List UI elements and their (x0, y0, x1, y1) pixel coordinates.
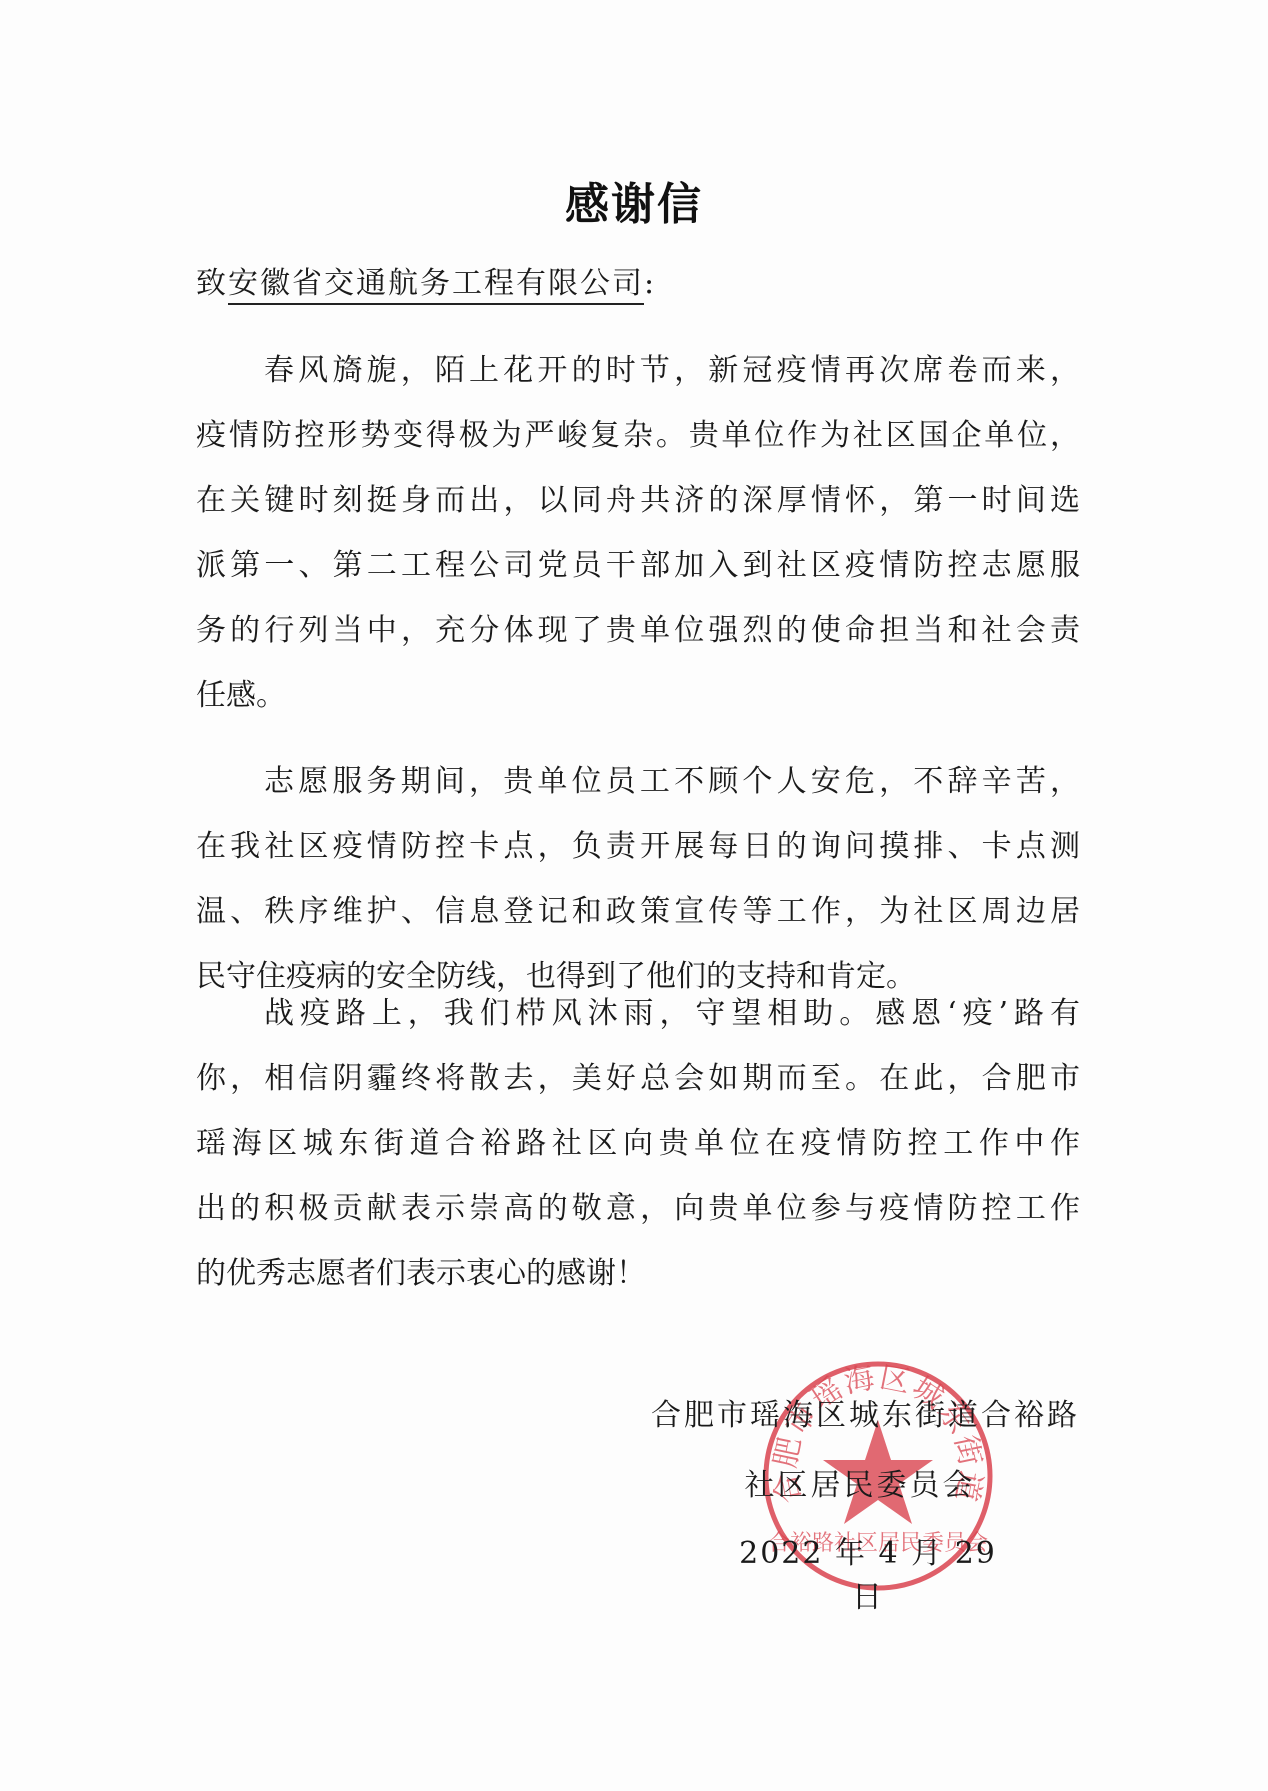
paragraph-line: 派第一、第二工程公司党员干部加入到社区疫情防控志愿服 (196, 533, 1080, 598)
paragraph-1: 春风旖旎，陌上花开的时节，新冠疫情再次席卷而来， 疫情防控形势变得极为严峻复杂。… (196, 338, 1080, 728)
paragraph-line: 温、秩序维护、信息登记和政策宣传等工作，为社区周边居 (196, 879, 1080, 944)
signature-organization-line2: 社区居民委员会 (740, 1460, 980, 1504)
paragraph-line: 战疫路上，我们栉风沐雨，守望相助。感恩‘疫’路有 (196, 981, 1080, 1046)
salutation: 致安徽省交通航务工程有限公司: (196, 258, 656, 302)
letter-page: 感谢信 致安徽省交通航务工程有限公司: 春风旖旎，陌上花开的时节，新冠疫情再次席… (0, 0, 1268, 1791)
paragraph-line: 疫情防控形势变得极为严峻复杂。贵单位作为社区国企单位， (196, 403, 1080, 468)
salutation-prefix: 致 (196, 266, 228, 301)
paragraph-line: 的优秀志愿者们表示衷心的感谢！ (196, 1241, 1080, 1306)
paragraph-line: 任感。 (196, 663, 1080, 728)
paragraph-3: 战疫路上，我们栉风沐雨，守望相助。感恩‘疫’路有 你，相信阴霾终将散去，美好总会… (196, 981, 1080, 1306)
paragraph-line: 你，相信阴霾终将散去，美好总会如期而至。在此，合肥市 (196, 1046, 1080, 1111)
paragraph-line: 在我社区疫情防控卡点，负责开展每日的询问摸排、卡点测 (196, 814, 1080, 879)
paragraph-2: 志愿服务期间，贵单位员工不顾个人安危，不辞辛苦， 在我社区疫情防控卡点，负责开展… (196, 749, 1080, 1009)
paragraph-line: 在关键时刻挺身而出，以同舟共济的深厚情怀，第一时间选 (196, 468, 1080, 533)
signature-date: 2022 年 4 月 29 日 (738, 1528, 998, 1616)
salutation-colon: : (644, 266, 656, 301)
paragraph-line: 志愿服务期间，贵单位员工不顾个人安危，不辞辛苦， (196, 749, 1080, 814)
paragraph-line: 出的积极贡献表示崇高的敬意，向贵单位参与疫情防控工作 (196, 1176, 1080, 1241)
paragraph-line: 瑶海区城东街道合裕路社区向贵单位在疫情防控工作中作 (196, 1111, 1080, 1176)
signature-organization-line1: 合肥市瑶海区城东街道合裕路 (620, 1390, 1080, 1434)
letter-title: 感谢信 (0, 168, 1268, 232)
paragraph-line: 春风旖旎，陌上花开的时节，新冠疫情再次席卷而来， (196, 338, 1080, 403)
paragraph-line: 务的行列当中，充分体现了贵单位强烈的使命担当和社会责 (196, 598, 1080, 663)
recipient-organization: 安徽省交通航务工程有限公司 (228, 266, 644, 305)
